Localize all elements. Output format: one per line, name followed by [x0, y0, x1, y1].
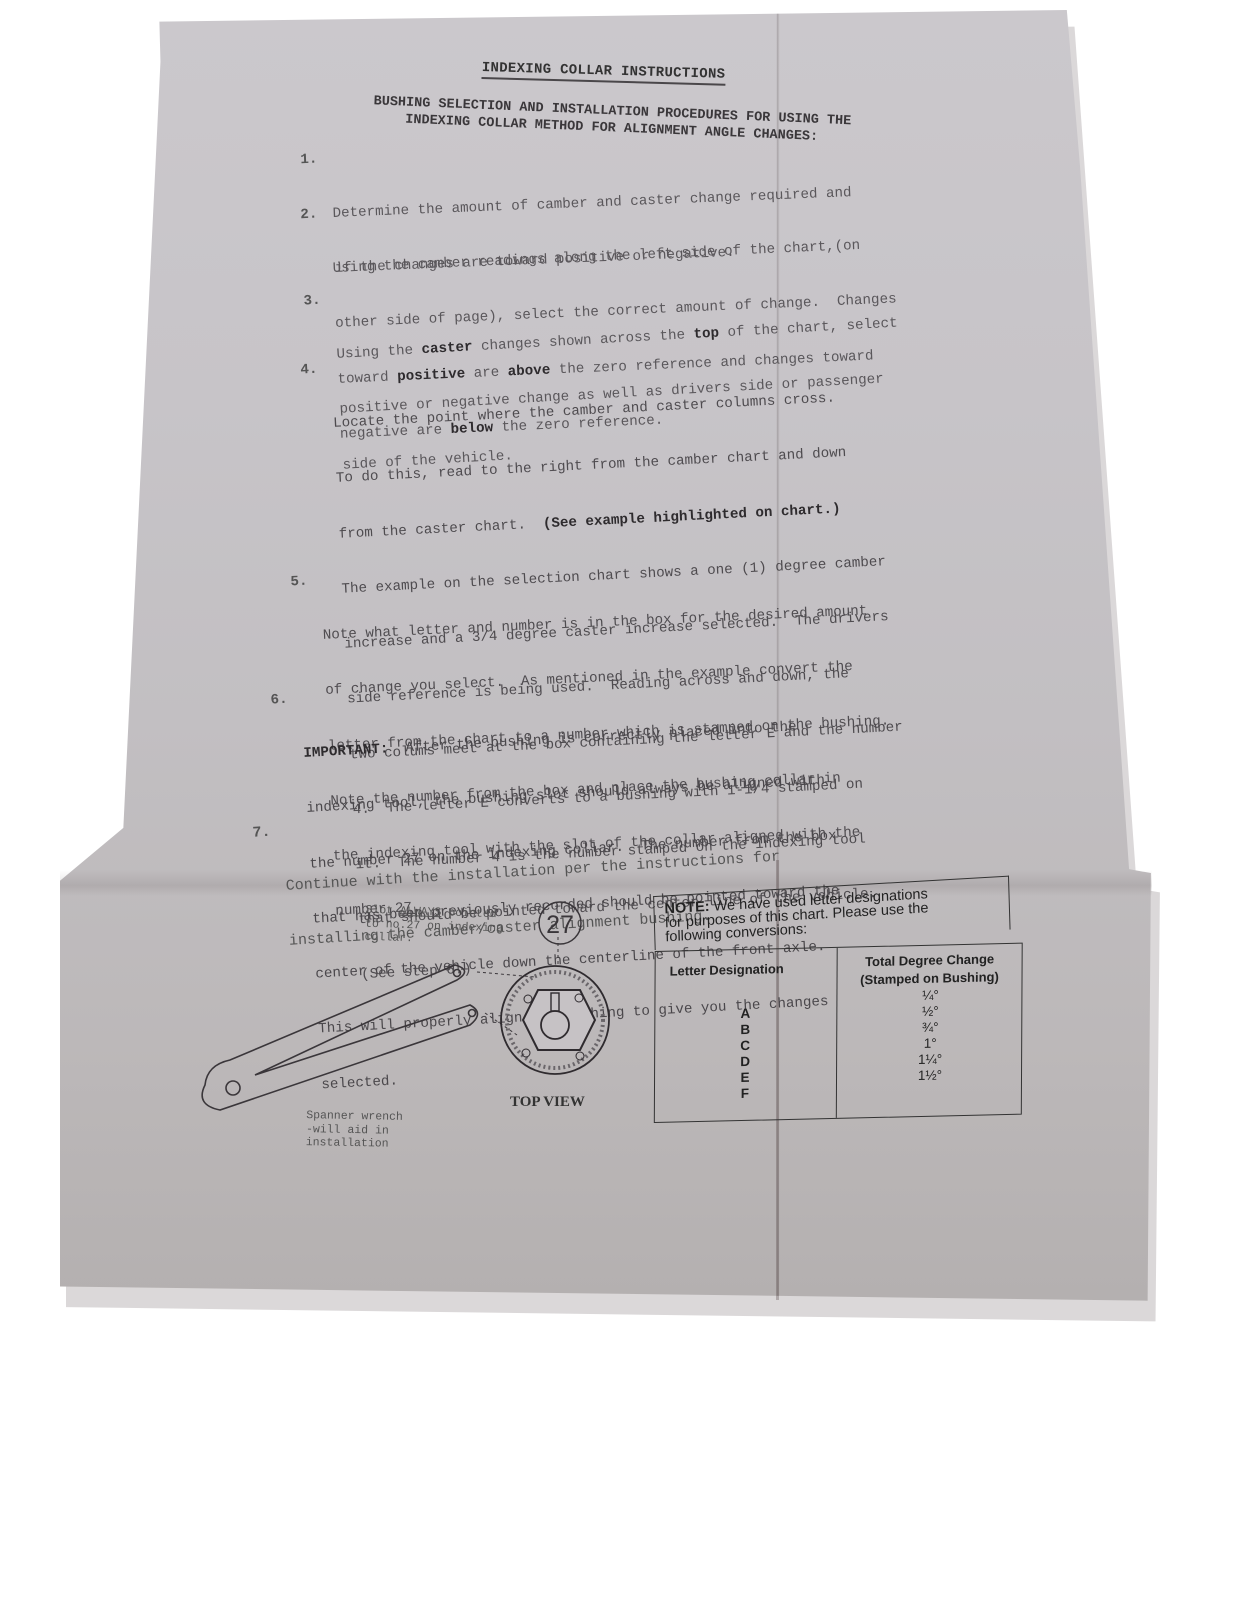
step-line: IMPORTANT: After the bushing is correctl… [303, 717, 831, 764]
step-number: 7. [252, 824, 271, 843]
step-number: 5. [290, 573, 308, 592]
document-title: INDEXING COLLAR INSTRUCTIONS [481, 60, 725, 86]
degree-cell: 1¼° [910, 1051, 950, 1068]
degree-cell: 1½° [910, 1067, 950, 1084]
header-line: (Stamped on Bushing) [841, 968, 1017, 990]
top-view-label: TOP VIEW [510, 1094, 585, 1111]
step-number: 2. [300, 206, 318, 225]
svg-text:27: 27 [546, 911, 574, 939]
instruction-document: INDEXING COLLAR INSTRUCTIONS BUSHING SEL… [0, 0, 1235, 1600]
step-number: 1. [300, 151, 318, 170]
column-header-degree: Total Degree Change (Stamped on Bushing) [841, 950, 1017, 990]
letter-cell: A [735, 1006, 755, 1022]
column-divider [836, 948, 838, 1118]
indexing-collar-icon: 27 [501, 902, 609, 1074]
step-number: 4. [300, 361, 318, 380]
step-number: 3. [303, 292, 321, 311]
spanner-caption: Spanner wrench -will aid in installation [306, 1109, 403, 1151]
degree-cell: ¼° [910, 987, 950, 1004]
conversion-table: NOTE: We have used letter designations f… [654, 888, 1013, 1122]
step-line: Locate the point where the camber and ca… [333, 387, 887, 433]
letter-cell: C [735, 1038, 755, 1054]
letter-cell: B [735, 1022, 755, 1038]
step-line: from the caster chart. (See example high… [338, 497, 892, 543]
degree-cell: ½° [910, 1003, 950, 1020]
step-line: Note what letter and number is in the bo… [323, 602, 885, 646]
spanner-collar-diagram: 27 [195, 895, 645, 1115]
step-line: Continue with the installation per the i… [285, 849, 780, 897]
letter-column: ABCDEF [735, 1006, 756, 1102]
letter-cell: F [735, 1086, 755, 1102]
degree-cell: 1° [910, 1035, 950, 1052]
degree-column: ¼°½°¾°1°1¼°1½° [910, 987, 951, 1084]
letter-cell: D [735, 1054, 755, 1070]
degree-cell: ¾° [910, 1019, 950, 1036]
conversion-grid: Letter Designation Total Degree Change (… [654, 943, 1023, 1123]
column-header-letter: Letter Designation [670, 961, 784, 979]
step-line: To do this, read to the right from the c… [336, 442, 890, 488]
spanner-wrench-icon [202, 965, 477, 1110]
letter-cell: E [735, 1070, 755, 1086]
step-number: 6. [270, 691, 288, 710]
